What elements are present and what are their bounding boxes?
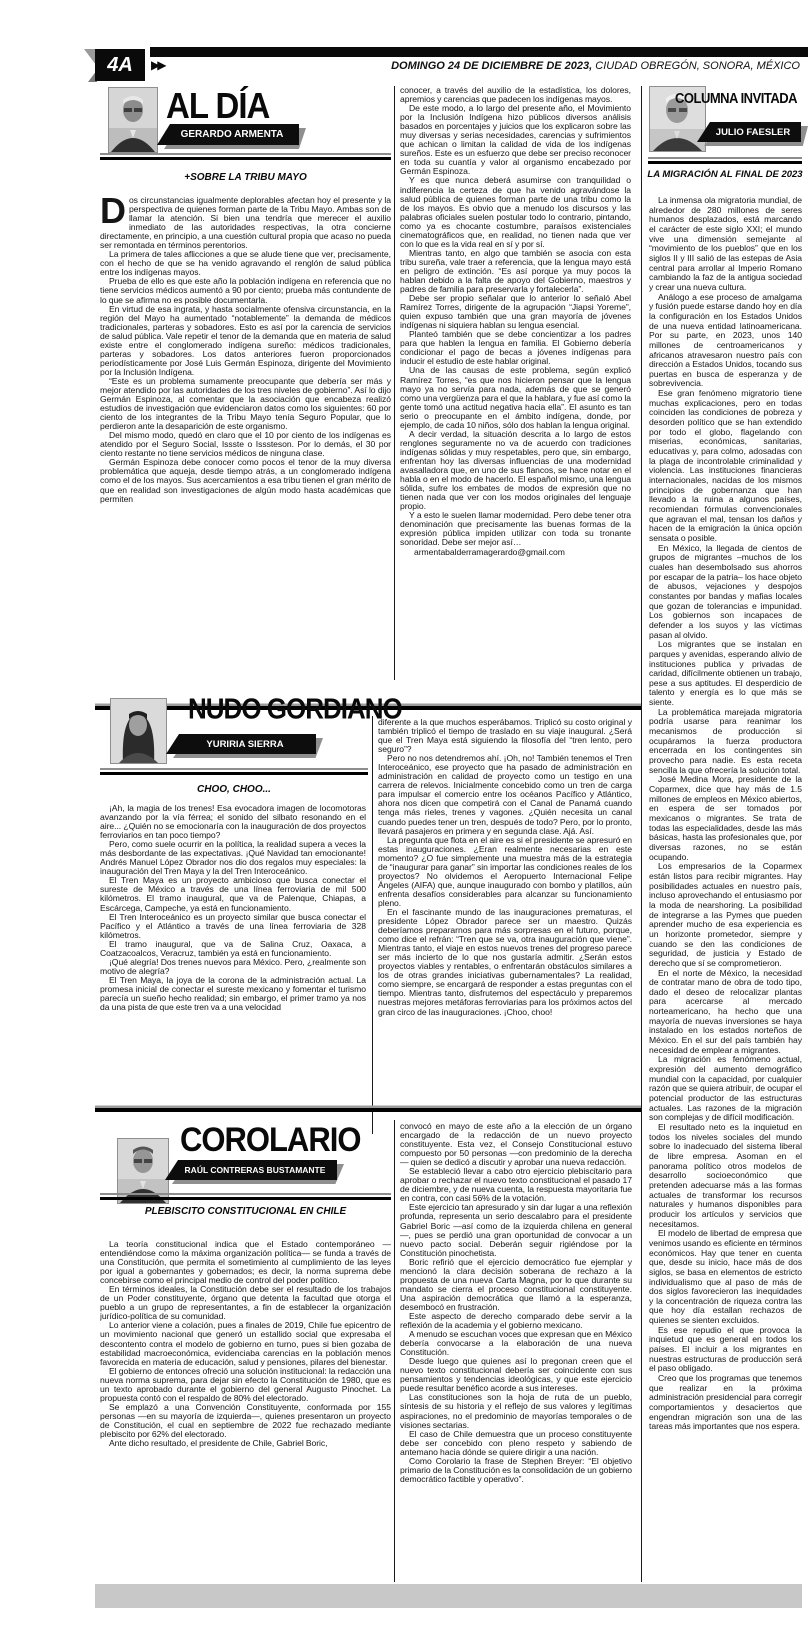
paragraph: Pero, como suele ocurrir en la política,… xyxy=(100,840,366,876)
author-name: GERARDO ARMENTA xyxy=(157,124,299,145)
article-title-corolario: COROLARIO xyxy=(180,1120,360,1160)
paragraph: Creo que los programas que tenemos que r… xyxy=(649,1374,802,1432)
paragraph: Planteó también que se debe concientizar… xyxy=(400,330,631,366)
header-rule xyxy=(100,1193,391,1200)
paragraph: A decir verdad, la situación descrita a … xyxy=(400,430,631,511)
paragraph: convocó en mayo de este año a la elecció… xyxy=(400,1122,632,1167)
paragraph: “Este es un problema sumamente preocupan… xyxy=(100,377,391,431)
author-photo-gerardo-armenta xyxy=(108,87,158,153)
paragraph: La teoría constitucional indica que el E… xyxy=(100,1240,391,1285)
dateline-place: CIUDAD OBREGÓN, SONORA, MÉXICO xyxy=(592,60,800,72)
paragraph: Ante dicho resultado, el presidente de C… xyxy=(100,1439,391,1448)
corolario-column-2: convocó en mayo de este año a la elecció… xyxy=(400,1122,632,1584)
paragraph-list: ¡Ah, la magia de los trenes! Esa evocado… xyxy=(100,804,366,1012)
author-name: YURIRIA SIERRA xyxy=(166,734,316,754)
author-email: armentabalderramagerardo@gmail.com xyxy=(400,548,631,557)
paragraph: El resultado neto es la inquietud en tod… xyxy=(649,1123,802,1229)
paragraph: Prueba de ello es que este año la poblac… xyxy=(100,277,391,304)
columna-invitada-column: La inmensa ola migratoria mundial, de al… xyxy=(649,196,802,1582)
column-divider xyxy=(394,86,395,680)
paragraph: Y a esto le suelen llamar modernidad. Pe… xyxy=(400,511,631,547)
article-title-nudo-gordiano: NUDO GORDIANO xyxy=(188,692,402,726)
paragraph: En México, la llegada de cientos de grup… xyxy=(649,544,802,641)
main-column-divider xyxy=(641,86,642,1582)
kicker-corolario: PLEBISCITO CONSTITUCIONAL EN CHILE xyxy=(100,1206,391,1217)
paragraph: Boric refirió que el ejercicio democráti… xyxy=(400,1258,632,1312)
paragraph: La pregunta que flota en el aire es si e… xyxy=(378,836,632,908)
kicker-columna-invitada: LA MIGRACIÓN AL FINAL DE 2023 xyxy=(646,169,804,180)
paragraph: Ese gran fenómeno migratorio tiene mucha… xyxy=(649,389,802,544)
author-photo-yuriria-sierra xyxy=(110,698,167,764)
paragraph: De este modo, a lo largo del presente añ… xyxy=(400,104,631,176)
paragraph: En el norte de México, la necesidad de c… xyxy=(649,969,802,1056)
paragraph: Las constituciones son la hoja de ruta d… xyxy=(400,1393,632,1429)
paragraph-list: diferente a la que muchos esperábamos. T… xyxy=(378,718,632,1017)
paragraph: Se estableció llevar a cabo otro ejercic… xyxy=(400,1167,632,1203)
paragraph: Es ese repudio el que provoca la inquiet… xyxy=(649,1326,802,1374)
column-divider xyxy=(394,1120,395,1582)
paragraph: El Tren Interoceánico es un proyecto sim… xyxy=(100,913,366,940)
paragraph: Como Corolario la frase de Stephen Breye… xyxy=(400,1457,632,1484)
author-banner-gerardo-armenta: GERARDO ARMENTA xyxy=(157,124,299,145)
paragraph: En virtud de esa ingrata, y hasta social… xyxy=(100,305,391,377)
kicker-nudo-gordiano: CHOO, CHOO... xyxy=(100,784,368,795)
paragraph: Una de las causas de este problema, segú… xyxy=(400,366,631,429)
kicker-al-dia: +SOBRE LA TRIBU MAYO xyxy=(100,172,391,183)
paragraph: Germán Espinoza debe conocer como pocos … xyxy=(100,458,391,503)
author-banner-yuriria-sierra: YURIRIA SIERRA xyxy=(166,734,316,754)
paragraph: diferente a la que muchos esperábamos. T… xyxy=(378,718,632,754)
paragraph: Mientras tanto, en algo que también se a… xyxy=(400,249,631,294)
paragraph-list: Dos circunstancias igualmente deplorable… xyxy=(100,196,391,504)
paragraph: ¡Ah, la magia de los trenes! Esa evocado… xyxy=(100,804,366,840)
al-dia-column-1: Dos circunstancias igualmente deplorable… xyxy=(100,196,391,682)
paragraph: La problemática marejada migratoria podr… xyxy=(649,708,802,776)
header-bar xyxy=(150,47,808,57)
paragraph: La primera de tales aflicciones a que se… xyxy=(100,250,391,277)
paragraph: Este aspecto de derecho comparado debe s… xyxy=(400,1312,632,1330)
paragraph: conocer, a través del auxilio de la esta… xyxy=(400,86,631,104)
paragraph-list: La teoría constitucional indica que el E… xyxy=(100,1240,391,1448)
forward-arrows-icon: ▶▶ xyxy=(151,58,163,72)
paragraph: Lo anterior viene a colación, pues a fin… xyxy=(100,1321,391,1366)
author-name: RAÚL CONTRERAS BUSTAMANTE xyxy=(165,1160,337,1180)
newspaper-page: 4A ▶▶ DOMINGO 24 DE DICIEMBRE DE 2023, C… xyxy=(0,0,808,1644)
paragraph: Este ejercicio tan apresurado y sin dar … xyxy=(400,1203,632,1257)
paragraph: Dos circunstancias igualmente deplorable… xyxy=(100,196,391,250)
corolario-column-1: La teoría constitucional indica que el E… xyxy=(100,1240,391,1584)
paragraph: Y es que nunca deberá asumirse con tranq… xyxy=(400,176,631,248)
paragraph: Pero no nos detendremos ahí. ¡Oh, no! Ta… xyxy=(378,754,632,835)
paragraph: El caso de Chile demuestra que un proces… xyxy=(400,1430,632,1457)
al-dia-column-2: conocer, a través del auxilio de la esta… xyxy=(400,86,631,682)
paragraph: ¡Qué alegría! Dos trenes nuevos para Méx… xyxy=(100,958,366,976)
nudo-gordiano-column-1: ¡Ah, la magia de los trenes! Esa evocado… xyxy=(100,804,366,1134)
dateline-date: DOMINGO 24 DE DICIEMBRE DE 2023, xyxy=(391,60,592,72)
article-title-al-dia: AL DÍA xyxy=(166,85,269,127)
header-rule xyxy=(100,768,368,775)
paragraph-list: convocó en mayo de este año a la elecció… xyxy=(400,1122,632,1484)
paragraph: El modelo de libertad de empresa que ven… xyxy=(649,1229,802,1326)
paragraph: Debe ser propio señalar que lo anterior … xyxy=(400,294,631,330)
dateline: DOMINGO 24 DE DICIEMBRE DE 2023, CIUDAD … xyxy=(290,60,800,72)
paragraph: Del mismo modo, quedó en claro que el 10… xyxy=(100,431,391,458)
author-banner-raul-contreras: RAÚL CONTRERAS BUSTAMANTE xyxy=(165,1160,337,1180)
paragraph: El Tren Maya es un proyecto ambicioso qu… xyxy=(100,876,366,912)
paragraph: Se emplazó a una Convención Constituyent… xyxy=(100,1403,391,1439)
bottom-gray-bar xyxy=(95,1584,802,1608)
article-title-columna-invitada: COLUMNA INVITADA xyxy=(668,90,804,107)
page-number-badge: 4A xyxy=(95,49,145,81)
author-banner-julio-faesler: JULIO FAESLER xyxy=(697,122,801,142)
paragraph: Los migrantes que se instalan en parques… xyxy=(649,640,802,708)
paragraph: Desde luego que quienes así lo pregonan … xyxy=(400,1357,632,1393)
paragraph: El gobierno de entonces ofreció una solu… xyxy=(100,1367,391,1403)
header-rule xyxy=(100,153,391,160)
paragraph: Los empresarios de la Coparmex están lis… xyxy=(649,862,802,968)
paragraph: La inmensa ola migratoria mundial, de al… xyxy=(649,196,802,293)
header-rule xyxy=(648,157,802,164)
paragraph: El Tren Maya, la joya de la corona de la… xyxy=(100,976,366,1012)
paragraph: En términos ideales, la Constitución deb… xyxy=(100,1285,391,1321)
paragraph-list: La inmensa ola migratoria mundial, de al… xyxy=(649,196,802,1432)
paragraph: Análogo a ese proceso de amalgama y fusi… xyxy=(649,293,802,390)
paragraph: José Medina Mora, presidente de la Copar… xyxy=(649,775,802,862)
paragraph: A menudo se escuchan voces que expresan … xyxy=(400,1330,632,1357)
paragraph-list: conocer, a través del auxilio de la esta… xyxy=(400,86,631,547)
paragraph: En el fascinante mundo de las inauguraci… xyxy=(378,908,632,1017)
paragraph: El tramo inaugural, que va de Salina Cru… xyxy=(100,940,366,958)
paragraph: La migración es fenómeno actual, expresi… xyxy=(649,1055,802,1123)
column-divider xyxy=(372,716,373,1134)
author-name: JULIO FAESLER xyxy=(697,122,801,142)
nudo-gordiano-column-2: diferente a la que muchos esperábamos. T… xyxy=(378,718,632,1134)
